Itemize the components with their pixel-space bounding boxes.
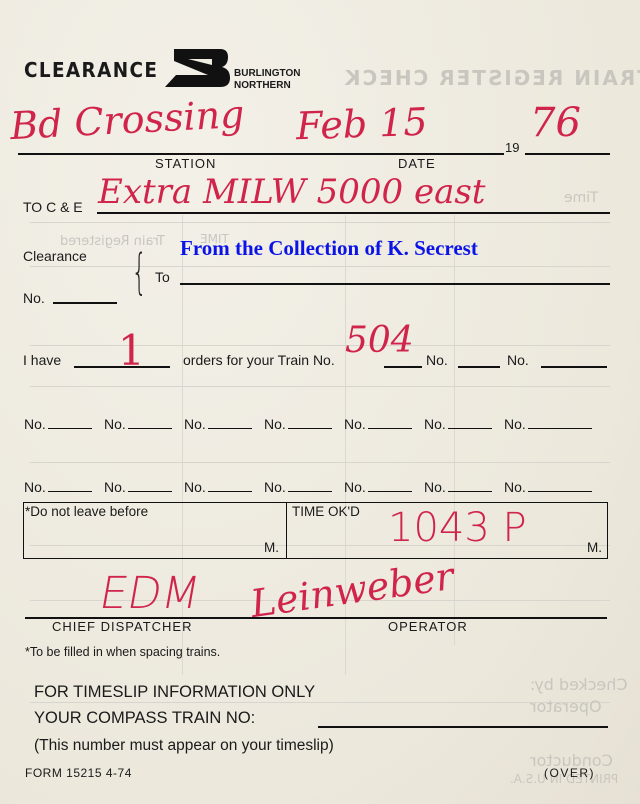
form-number: FORM 15215 4-74: [25, 766, 132, 780]
clearance-form: TRAIN REGISTER CHECK Time TIME Train Reg…: [0, 0, 640, 804]
no-field[interactable]: [458, 366, 500, 368]
train-no-row-1: No.No.No.No.No.No.No.: [24, 414, 604, 432]
no-label: No.: [507, 352, 529, 368]
no-field[interactable]: [48, 414, 92, 429]
time-okd-value[interactable]: 1043 P: [388, 505, 527, 551]
brand-line-1: BURLINGTON: [234, 68, 300, 80]
to-ce-label: TO C & E: [23, 199, 83, 215]
chief-dispatcher-signature[interactable]: EDM: [96, 568, 205, 619]
station-date-line: [18, 153, 504, 155]
do-not-leave-m: M.: [264, 540, 279, 555]
no-label: No.: [504, 416, 526, 432]
to-ce-line: [97, 212, 610, 214]
clearance-label: Clearance: [23, 248, 87, 264]
no-label: No.: [424, 479, 446, 495]
ghost-train-register-check: TRAIN REGISTER CHECK: [343, 66, 640, 90]
compass-train-field[interactable]: [318, 726, 608, 728]
no-label: No.: [344, 479, 366, 495]
clearance-to-field[interactable]: [180, 283, 610, 285]
orders-count-value[interactable]: 1: [118, 326, 145, 375]
brace-icon: {: [132, 244, 147, 300]
ghost-rule: [30, 222, 610, 223]
no-label: No.: [24, 479, 46, 495]
train-no-value[interactable]: 504: [345, 320, 414, 361]
timeslip-heading: FOR TIMESLIP INFORMATION ONLY: [34, 683, 315, 702]
no-field[interactable]: [368, 477, 412, 492]
train-no-field[interactable]: [384, 366, 422, 368]
time-okd-label: TIME OK'D: [292, 504, 360, 519]
compass-train-label: YOUR COMPASS TRAIN NO:: [34, 709, 255, 728]
no-label: No.: [184, 416, 206, 432]
date-label: DATE: [398, 156, 436, 171]
operator-signature[interactable]: Leinweber: [248, 554, 456, 626]
year-line: [525, 153, 610, 155]
no-label: No.: [264, 479, 286, 495]
no-label: No.: [504, 479, 526, 495]
collection-watermark: From the Collection of K. Secrest: [180, 236, 478, 261]
no-field[interactable]: [448, 414, 492, 429]
ghost-time: Time: [564, 190, 598, 206]
bn-logo-icon: [162, 47, 232, 89]
brand-name: BURLINGTON NORTHERN: [234, 68, 300, 92]
no-field[interactable]: [448, 477, 492, 492]
operator-label: OPERATOR: [388, 619, 468, 634]
time-okd-m: M.: [587, 540, 602, 555]
date-value[interactable]: Feb 15: [295, 100, 428, 149]
no-field[interactable]: [48, 477, 92, 492]
no-field[interactable]: [368, 414, 412, 429]
station-value[interactable]: Bd Crossing: [9, 92, 245, 148]
no-label: No.: [264, 416, 286, 432]
ghost-checked-by: Checked by:: [530, 675, 628, 694]
clearance-no-label: No.: [23, 290, 45, 306]
no-label: No.: [104, 416, 126, 432]
no-label: No.: [24, 416, 46, 432]
form-title: CLEARANCE: [24, 58, 158, 82]
no-field[interactable]: [528, 414, 592, 429]
chief-dispatcher-label: CHIEF DISPATCHER: [52, 619, 192, 634]
ghost-operator: Operator: [530, 697, 602, 716]
no-label: No.: [344, 416, 366, 432]
spacing-note: *To be filled in when spacing trains.: [25, 645, 220, 659]
timeslip-note: (This number must appear on your timesli…: [34, 737, 334, 755]
ghost-rule: [30, 386, 610, 387]
orders-prefix: I have: [23, 352, 61, 368]
ghost-rule: [30, 702, 610, 703]
train-no-row-2: No.No.No.No.No.No.No.: [24, 477, 604, 495]
no-label: No.: [184, 479, 206, 495]
ghost-rule: [30, 462, 610, 463]
no-field[interactable]: [288, 414, 332, 429]
no-field[interactable]: [208, 477, 252, 492]
over-label: (OVER): [544, 766, 595, 780]
clearance-to-label: To: [155, 269, 170, 285]
clearance-no-field[interactable]: [53, 302, 117, 304]
do-not-leave-label: *Do not leave before: [25, 504, 148, 519]
no-label: No.: [426, 352, 448, 368]
year-prefix: 19: [505, 140, 519, 155]
ghost-registered: Train Registered: [60, 234, 165, 249]
ghost-rule: [30, 266, 610, 267]
station-label: STATION: [155, 156, 216, 171]
year-value[interactable]: 76: [530, 100, 581, 146]
no-label: No.: [104, 479, 126, 495]
brand-line-2: NORTHERN: [234, 80, 300, 92]
no-label: No.: [424, 416, 446, 432]
no-field[interactable]: [541, 366, 607, 368]
no-field[interactable]: [208, 414, 252, 429]
ghost-rule: [30, 345, 610, 346]
no-field[interactable]: [528, 477, 592, 492]
to-ce-value[interactable]: Extra MILW 5000 east: [98, 172, 485, 212]
no-field[interactable]: [128, 414, 172, 429]
no-field[interactable]: [288, 477, 332, 492]
no-field[interactable]: [128, 477, 172, 492]
orders-suffix: orders for your Train No.: [183, 352, 335, 368]
